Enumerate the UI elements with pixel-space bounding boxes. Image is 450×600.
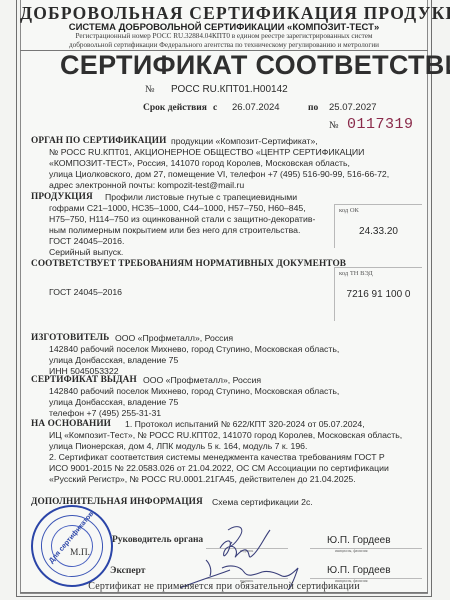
basis-line: улица Пионерская, дом 4, ЛПК модуль 5 к.… (49, 441, 307, 451)
basis-line: 2. Сертификат соответствия системы менед… (49, 452, 385, 462)
product-line: Серийный выпуск. (49, 247, 123, 257)
validity-label: Срок действия (143, 103, 207, 113)
certification-body-line: продукции «Композит-Сертификат», (171, 136, 318, 146)
compliance-standard: ГОСТ 24045–2016 (49, 287, 122, 297)
registration-line-2: добровольной сертификации Федерального а… (20, 41, 428, 49)
certification-body-line: «КОМПОЗИТ-ТЕСТ», Россия, 141070 город Ко… (49, 158, 350, 168)
product-line: Н75–750, Н114–750 из оцинкованной стали … (49, 214, 315, 224)
issued-to-line: 142840 рабочий поселок Михнево, город Ст… (49, 386, 339, 396)
basis-line: ИЦ «Композит-Тест», № РОСС RU.КПТ02, 141… (49, 430, 402, 440)
basis-line: ИСО 9001-2015 № 22.0583.026 от 21.04.202… (49, 463, 389, 473)
issued-to-line: ООО «Профметалл», Россия (143, 375, 261, 385)
manufacturer-label: ИЗГОТОВИТЕЛЬ (31, 333, 109, 343)
validity-from-label: с (213, 103, 217, 113)
tnved-code-box: код ТН ВЭД 7216 91 100 0 (334, 267, 422, 321)
certification-body-line: улица Циолковского, дом 27, помещение VI… (49, 169, 389, 179)
product-line: ным полимерным покрытием или без него дл… (49, 225, 300, 235)
valid-to-date: 25.07.2027 (329, 102, 377, 113)
manufacturer-line: ООО «Профметалл», Россия (115, 333, 233, 343)
registration-line-1: Регистрационный номер РОСС RU.32884.04КП… (20, 32, 428, 40)
expert-label: Эксперт (110, 566, 145, 576)
compliance-label: СООТВЕТСТВУЕТ ТРЕБОВАНИЯМ НОРМАТИВНЫХ ДО… (31, 259, 346, 269)
ok-code-box: код ОК 24.33.20 (334, 204, 422, 248)
certificate-title: СЕРТИФИКАТ СООТВЕТСТВИЯ (20, 50, 428, 81)
manufacturer-line: 142840 рабочий поселок Михнево, город Ст… (49, 344, 339, 354)
manufacturer-line: улица Донбасская, владение 75 (49, 355, 178, 365)
footer-divider (20, 592, 428, 593)
tnved-code-label: код ТН ВЭД (339, 270, 373, 277)
basis-label: НА ОСНОВАНИИ (31, 419, 111, 429)
issued-to-line: улица Донбасская, владение 75 (49, 397, 178, 407)
form-number-sign: № (329, 120, 339, 131)
validity-to-label: по (308, 103, 318, 113)
ok-code-label: код ОК (339, 207, 359, 214)
header-title: ДОБРОВОЛЬНАЯ СЕРТИФИКАЦИЯ ПРОДУКЦИИ (20, 3, 428, 24)
issued-to-label: СЕРТИФИКАТ ВЫДАН (31, 375, 137, 385)
ok-code-value: 24.33.20 (335, 226, 422, 237)
product-line: ГОСТ 24045–2016. (49, 236, 124, 246)
footer-note: Сертификат не применяется при обязательн… (20, 581, 428, 592)
certification-body-label: ОРГАН ПО СЕРТИФИКАЦИИ (31, 136, 166, 146)
tnved-code-value: 7216 91 100 0 (335, 289, 422, 300)
product-line: гофрами С21–1000, НС35–1000, С44–1000, Н… (49, 203, 306, 213)
valid-from-date: 26.07.2024 (232, 102, 280, 113)
certification-body-email: адрес электронной почты: kompozit-test@m… (49, 180, 244, 190)
handwritten-signature (170, 520, 340, 590)
certification-body-line: № РОСС RU.КПТ01, АКЦИОНЕРНОЕ ОБЩЕСТВО «Ц… (49, 147, 364, 157)
certificate-number: РОСС RU.КПТ01.Н00142 (171, 84, 288, 95)
certification-scheme: Схема сертификации 2с. (212, 497, 313, 507)
form-serial-number: 0117319 (347, 116, 414, 133)
number-sign: № (145, 84, 155, 95)
seal-place-label: М.П. (70, 548, 90, 558)
product-line: Профили листовые гнутые с трапециевидным… (105, 192, 297, 202)
basis-line: 1. Протокол испытаний № 622/КПТ 320-2024… (125, 419, 365, 429)
basis-line: «Русский Регистр», № РОСС RU.0001.21ГА45… (49, 474, 356, 484)
issued-to-phone: телефон +7 (495) 255-31-31 (49, 408, 161, 418)
product-label: ПРОДУКЦИЯ (31, 192, 93, 202)
additional-info-label: ДОПОЛНИТЕЛЬНАЯ ИНФОРМАЦИЯ (31, 497, 203, 507)
